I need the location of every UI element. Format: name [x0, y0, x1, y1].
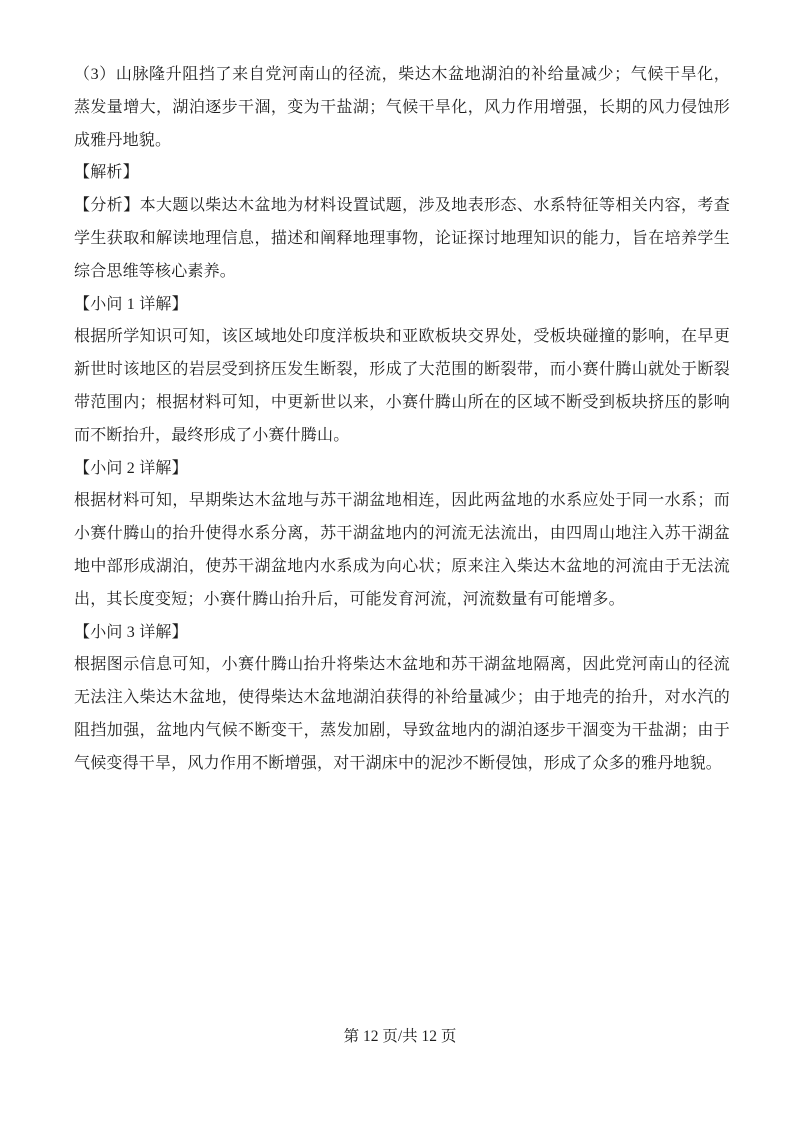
body-paragraph: （3）山脉隆升阻挡了来自党河南山的径流，柴达木盆地湖泊的补给量减少；气候干旱化，…	[74, 59, 730, 157]
body-paragraph: 根据图示信息可知，小赛什腾山抬升将柴达木盆地和苏干湖盆地隔离，因此党河南山的径流…	[74, 649, 730, 780]
body-paragraph: 【分析】本大题以柴达木盆地为材料设置试题，涉及地表形态、水系特征等相关内容，考查…	[74, 190, 730, 288]
section-label: 【小问 2 详解】	[74, 453, 730, 486]
section-label: 【解析】	[74, 157, 730, 190]
document-page: （3）山脉隆升阻挡了来自党河南山的径流，柴达木盆地湖泊的补给量减少；气候干旱化，…	[0, 0, 800, 1131]
answer-analysis-content: （3）山脉隆升阻挡了来自党河南山的径流，柴达木盆地湖泊的补给量减少；气候干旱化，…	[74, 59, 730, 781]
body-paragraph: 根据材料可知，早期柴达木盆地与苏干湖盆地相连，因此两盆地的水系应处于同一水系；而…	[74, 485, 730, 616]
section-label: 【小问 1 详解】	[74, 289, 730, 322]
page-footer: 第 12 页/共 12 页	[0, 1026, 800, 1048]
body-paragraph: 根据所学知识可知，该区域地处印度洋板块和亚欧板块交界处，受板块碰撞的影响，在早更…	[74, 321, 730, 452]
page-number-indicator: 第 12 页/共 12 页	[344, 1028, 457, 1045]
section-label: 【小问 3 详解】	[74, 617, 730, 650]
